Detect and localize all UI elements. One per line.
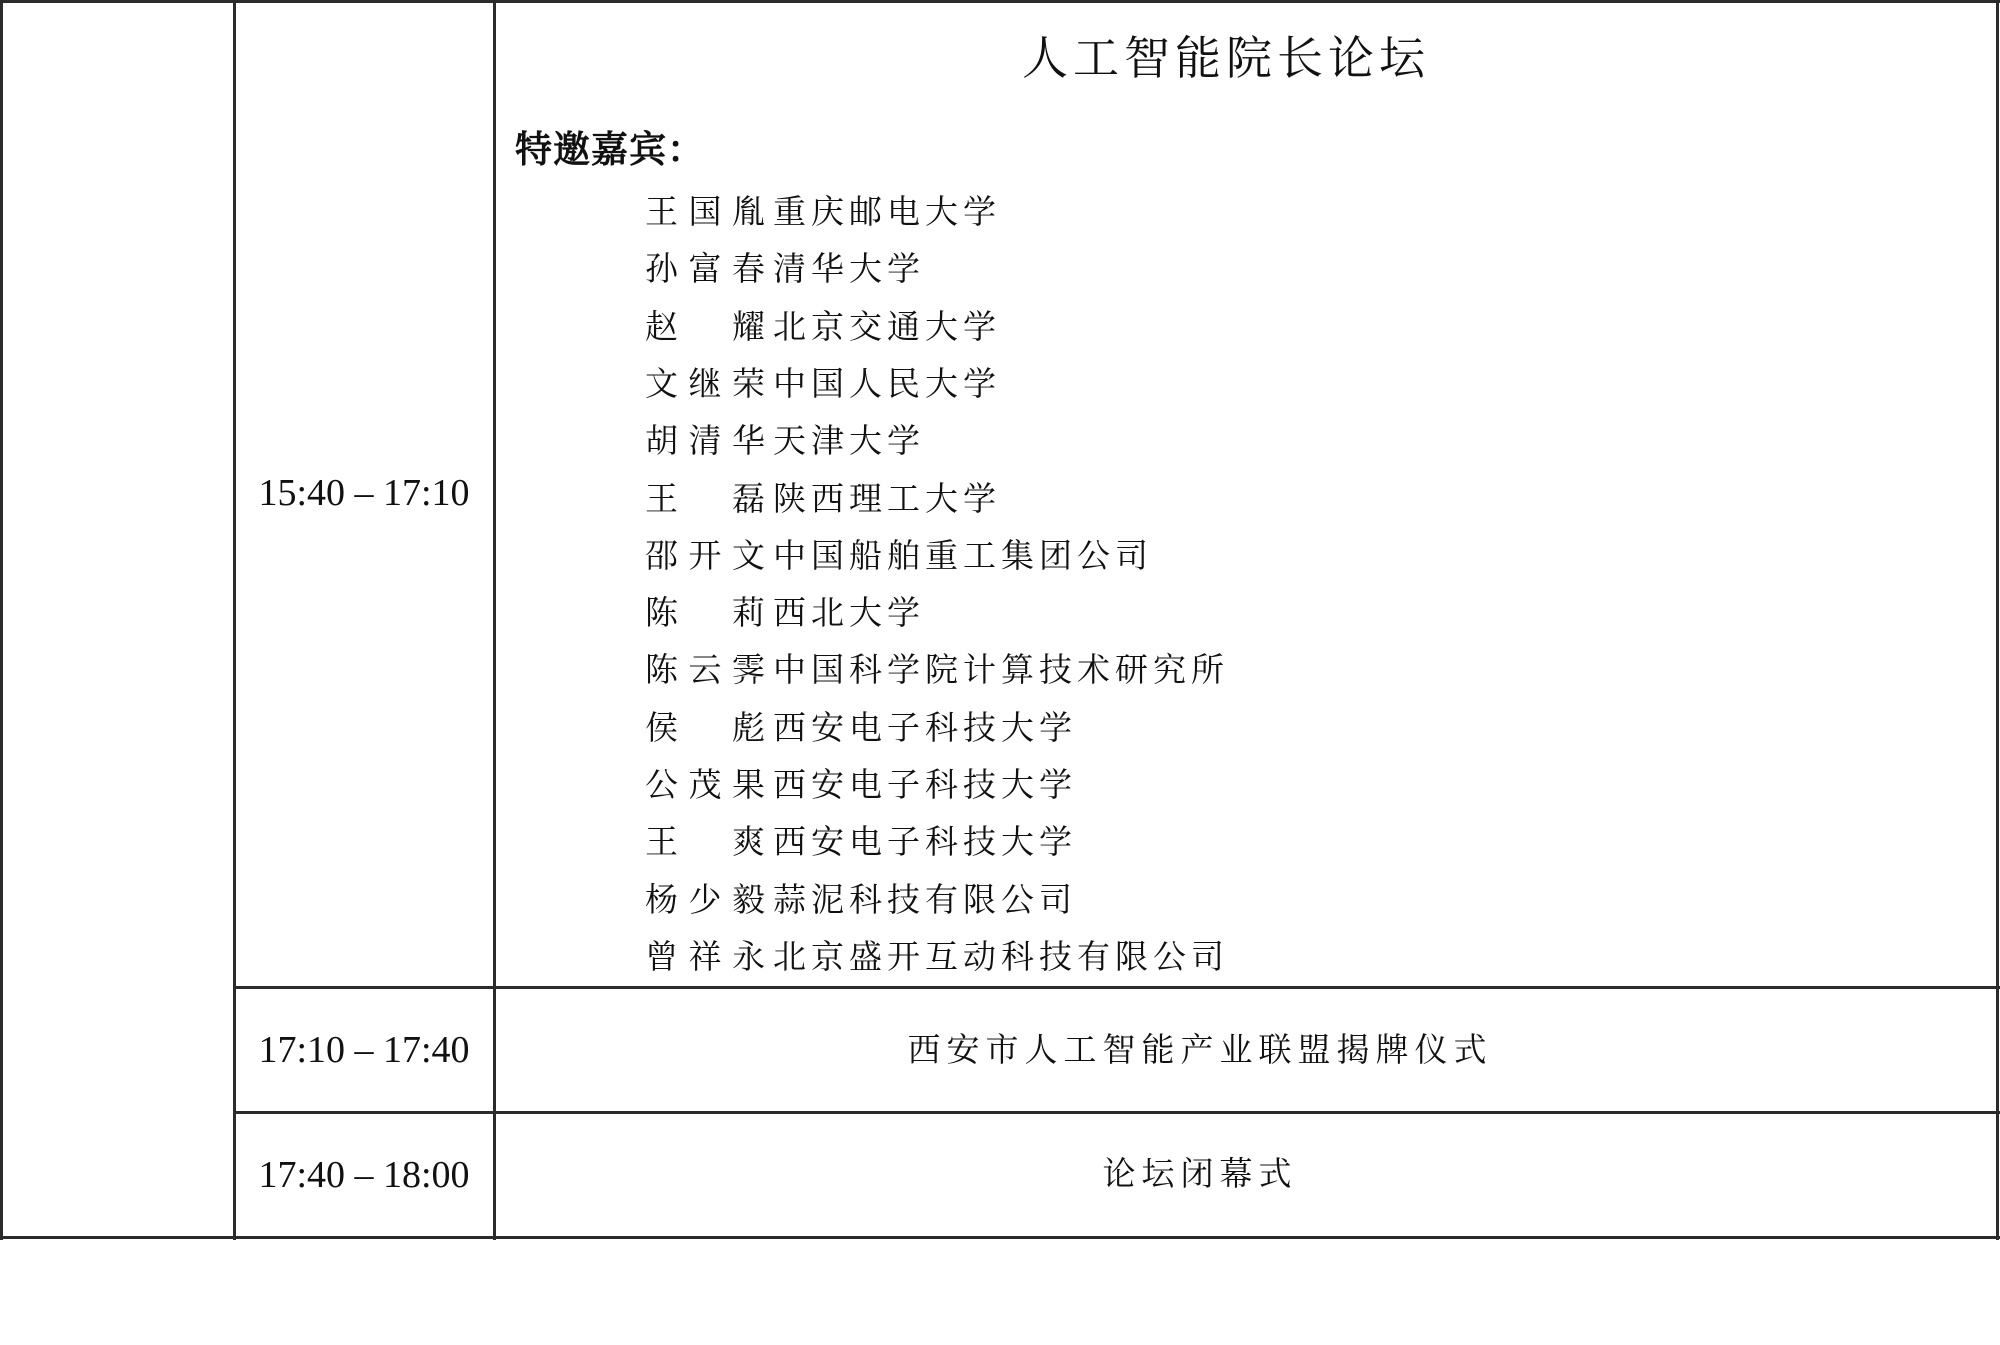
guest-name-char: 磊 <box>732 480 765 520</box>
guest-name-char: 王 <box>645 823 678 863</box>
alliance-session-title: 西安市人工智能产业联盟揭牌仪式 <box>494 1031 1998 1071</box>
guest-organization: 中国船舶重工集团公司 <box>773 537 1153 577</box>
alliance-session-time: 17:10 – 17:40 <box>234 1031 494 1069</box>
guest-name-char: 王 <box>645 480 678 520</box>
guest-name-char: 胤 <box>732 193 765 233</box>
guest-name-char: 永 <box>732 938 765 978</box>
guest-name: 邵开文 <box>645 537 765 577</box>
forum-session-time: 15:40 – 17:10 <box>234 474 494 512</box>
guest-name-char: 富 <box>689 250 722 290</box>
guest-name-char: 爽 <box>732 823 765 863</box>
guest-organization: 蒜泥科技有限公司 <box>773 881 1077 921</box>
guest-name-char: 王 <box>645 193 678 233</box>
guest-name-char: 陈 <box>645 651 678 691</box>
guest-name-char: 祥 <box>689 938 722 978</box>
guest-name-char: 荣 <box>732 365 765 405</box>
alliance-session-title-text: 西安市人工智能产业联盟揭牌仪式 <box>908 1033 1493 1069</box>
guest-name-char: 莉 <box>732 594 765 634</box>
guest-name: 杨少毅 <box>645 881 765 921</box>
guest-name: 赵耀 <box>645 308 765 348</box>
guest-name-char: 彪 <box>732 709 765 749</box>
guest-name: 文继荣 <box>645 365 765 405</box>
guest-name-char: 邵 <box>645 537 678 577</box>
guest-organization: 西北大学 <box>773 594 925 634</box>
guest-organization: 北京交通大学 <box>773 308 1001 348</box>
guest-organization: 西安电子科技大学 <box>773 709 1077 749</box>
guest-name: 陈云霁 <box>645 651 765 691</box>
guest-name-char: 果 <box>732 766 765 806</box>
guest-name-char: 开 <box>689 537 722 577</box>
forum-session-title: 人工智能院长论坛 <box>494 34 1998 84</box>
table-border-bottom <box>0 1236 2000 1239</box>
guest-name-char: 云 <box>689 651 722 691</box>
guest-name: 胡清华 <box>645 422 765 462</box>
guest-name: 陈莉 <box>645 594 765 634</box>
closing-session-time: 17:40 – 18:00 <box>234 1156 494 1194</box>
guest-name-char: 国 <box>689 193 722 233</box>
closing-session-title: 论坛闭幕式 <box>494 1155 1998 1195</box>
guest-organization: 陕西理工大学 <box>773 480 1001 520</box>
guest-organization: 北京盛开互动科技有限公司 <box>773 938 1229 978</box>
guest-name: 王磊 <box>645 480 765 520</box>
guest-name-char: 陈 <box>645 594 678 634</box>
row-divider-1 <box>233 986 2000 989</box>
guests-heading: 特邀嘉宾： <box>515 130 705 172</box>
guest-name-char: 霁 <box>732 651 765 691</box>
guest-organization: 中国科学院计算技术研究所 <box>773 651 1229 691</box>
guest-name-char: 华 <box>732 422 765 462</box>
forum-session-title-text: 人工智能院长论坛 <box>1022 33 1430 84</box>
guest-name-char: 胡 <box>645 422 678 462</box>
guest-organization: 西安电子科技大学 <box>773 823 1077 863</box>
guest-name: 孙富春 <box>645 250 765 290</box>
guest-name-char: 文 <box>645 365 678 405</box>
table-border-top <box>0 0 2000 3</box>
closing-session-title-text: 论坛闭幕式 <box>1103 1157 1298 1193</box>
guest-name-char: 春 <box>732 250 765 290</box>
guest-name: 公茂果 <box>645 766 765 806</box>
guest-name-char: 侯 <box>645 709 678 749</box>
guest-name-char: 少 <box>689 881 722 921</box>
day-column-cell <box>3 3 233 1236</box>
guest-name-char: 公 <box>645 766 678 806</box>
guest-organization: 重庆邮电大学 <box>773 193 1001 233</box>
guest-name-char: 耀 <box>732 308 765 348</box>
guest-name-char: 毅 <box>732 881 765 921</box>
guest-name: 王国胤 <box>645 193 765 233</box>
guest-organization: 西安电子科技大学 <box>773 766 1077 806</box>
guest-name-char: 杨 <box>645 881 678 921</box>
row-divider-2 <box>233 1111 2000 1114</box>
guest-name: 曾祥永 <box>645 938 765 978</box>
guest-organization: 清华大学 <box>773 250 925 290</box>
guest-name-char: 孙 <box>645 250 678 290</box>
guest-name-char: 继 <box>689 365 722 405</box>
guest-name-char: 清 <box>689 422 722 462</box>
guest-organization: 中国人民大学 <box>773 365 1001 405</box>
guest-name-char: 赵 <box>645 308 678 348</box>
guest-name-char: 文 <box>732 537 765 577</box>
guest-organization: 天津大学 <box>773 422 925 462</box>
guest-name: 侯彪 <box>645 709 765 749</box>
guest-name-char: 茂 <box>689 766 722 806</box>
guest-name: 王爽 <box>645 823 765 863</box>
guest-name-char: 曾 <box>645 938 678 978</box>
